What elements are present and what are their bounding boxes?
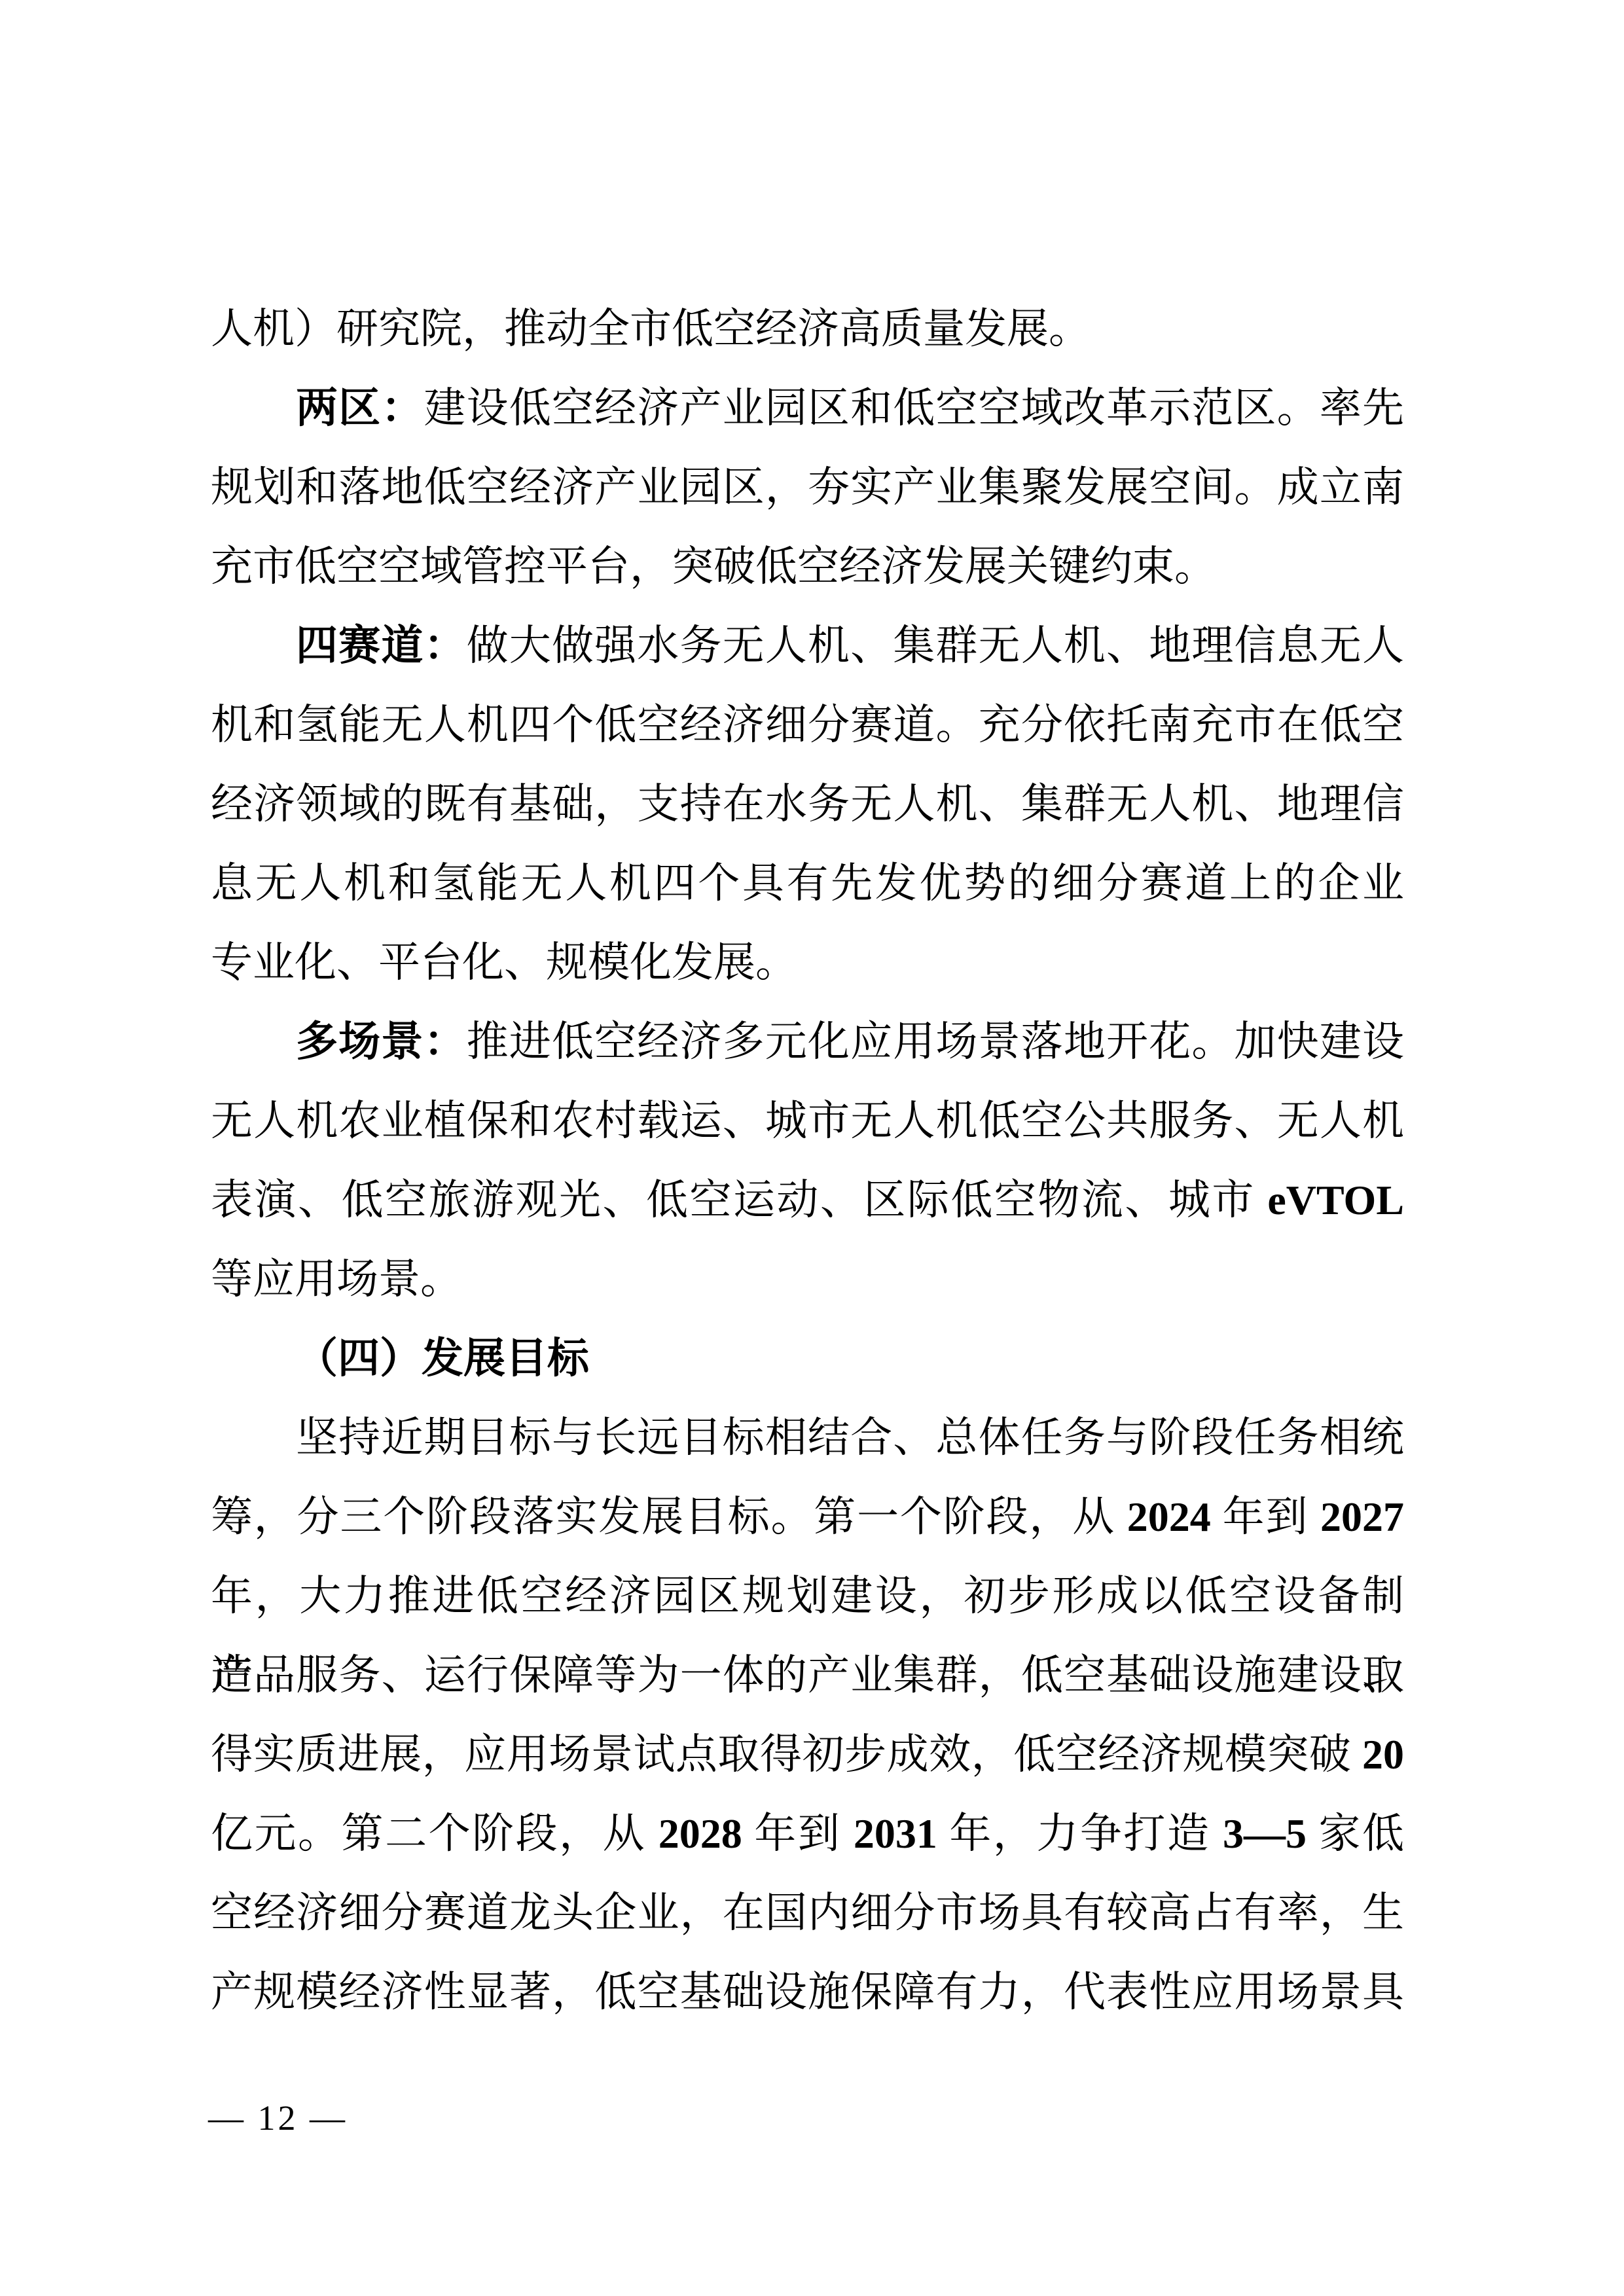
text-line: 专业化、平台化、规模化发展。: [211, 923, 1404, 1002]
text-line: 亿元。第二个阶段，从 2028 年到 2031 年，力争打造 3—5 家低: [211, 1794, 1404, 1873]
text-line: 规划和落地低空经济产业园区，夯实产业集聚发展空间。成立南: [211, 448, 1404, 527]
text-line: 四赛道：做大做强水务无人机、集群无人机、地理信息无人: [211, 606, 1404, 685]
text-line: 年，大力推进低空经济园区规划建设，初步形成以低空设备制造、: [211, 1556, 1404, 1636]
text-line: 产品服务、运行保障等为一体的产业集群，低空基础设施建设取: [211, 1636, 1404, 1715]
body-text-segment: 亿元。第二个阶段，从: [211, 1810, 659, 1857]
body-text-segment: 机和氢能无人机四个低空经济细分赛道。充分依托南充市在低空: [211, 702, 1404, 748]
body-text-segment: 等应用场景。: [211, 1256, 462, 1302]
text-line: 等应用场景。: [211, 1240, 1404, 1319]
document-page: 人机）研究院，推动全市低空经济高质量发展。两区：建设低空经济产业园区和低空空域改…: [0, 0, 1624, 2296]
body-text-segment: 筹，分三个阶段落实发展目标。第一个阶段，从: [211, 1494, 1127, 1540]
text-line: 多场景：推进低空经济多元化应用场景落地开花。加快建设: [211, 1002, 1404, 1081]
body-text-segment: 专业化、平台化、规模化发展。: [211, 939, 797, 986]
emphasis-text: （四）发展目标: [296, 1335, 589, 1382]
text-line: 息无人机和氢能无人机四个具有先发优势的细分赛道上的企业: [211, 844, 1404, 923]
body-text-segment: 年到: [1211, 1494, 1320, 1540]
text-line: 坚持近期目标与长远目标相结合、总体任务与阶段任务相统: [211, 1398, 1404, 1477]
body-text-segment: 建设低空经济产业园区和低空空域改革示范区。率先: [424, 385, 1404, 431]
emphasis-text: 2028: [659, 1810, 742, 1857]
emphasis-text: 2027: [1320, 1494, 1404, 1540]
body-text-segment: 产规模经济性显著，低空基础设施保障有力，代表性应用场景具: [211, 1969, 1404, 2015]
body-text-segment: 坚持近期目标与长远目标相结合、总体任务与阶段任务相统: [296, 1414, 1404, 1461]
body-text-segment: 充市低空空域管控平台，突破低空经济发展关键约束。: [211, 543, 1216, 590]
text-line: 无人机农业植保和农村载运、城市无人机低空公共服务、无人机: [211, 1081, 1404, 1160]
body-text-segment: 得实质进展，应用场景试点取得初步成效，低空经济规模突破: [211, 1731, 1362, 1778]
body-text-segment: 人机）研究院，推动全市低空经济高质量发展。: [211, 306, 1091, 352]
body-text-segment: 息无人机和氢能无人机四个具有先发优势的细分赛道上的企业: [211, 860, 1404, 906]
body-text-segment: 做大做强水务无人机、集群无人机、地理信息无人: [467, 622, 1404, 669]
body-text-segment: 空经济细分赛道龙头企业，在国内细分市场具有较高占有率，生: [211, 1890, 1404, 1936]
text-line: 经济领域的既有基础，支持在水务无人机、集群无人机、地理信: [211, 764, 1404, 844]
text-line: 充市低空空域管控平台，突破低空经济发展关键约束。: [211, 527, 1404, 606]
emphasis-text: 2031: [854, 1810, 937, 1857]
text-line: 得实质进展，应用场景试点取得初步成效，低空经济规模突破 20: [211, 1715, 1404, 1794]
text-line: （四）发展目标: [211, 1319, 1404, 1398]
text-line: 机和氢能无人机四个低空经济细分赛道。充分依托南充市在低空: [211, 685, 1404, 764]
body-text-segment: 产品服务、运行保障等为一体的产业集群，低空基础设施建设取: [211, 1652, 1404, 1698]
body-text-segment: 家低: [1307, 1810, 1404, 1857]
text-line: 产规模经济性显著，低空基础设施保障有力，代表性应用场景具: [211, 1952, 1404, 2032]
body-text-segment: 无人机农业植保和农村载运、城市无人机低空公共服务、无人机: [211, 1098, 1404, 1144]
emphasis-text: 20: [1362, 1731, 1404, 1778]
text-line: 人机）研究院，推动全市低空经济高质量发展。: [211, 289, 1404, 368]
body-text-segment: 年，力争打造: [937, 1810, 1223, 1857]
body-text-segment: 年到: [742, 1810, 854, 1857]
emphasis-text: eVTOL: [1267, 1177, 1404, 1223]
body-text-segment: 经济领域的既有基础，支持在水务无人机、集群无人机、地理信: [211, 781, 1404, 827]
text-line: 表演、低空旅游观光、低空运动、区际低空物流、城市 eVTOL: [211, 1160, 1404, 1240]
document-body: 人机）研究院，推动全市低空经济高质量发展。两区：建设低空经济产业园区和低空空域改…: [211, 289, 1404, 2032]
text-line: 筹，分三个阶段落实发展目标。第一个阶段，从 2024 年到 2027: [211, 1477, 1404, 1556]
body-text-segment: 推进低空经济多元化应用场景落地开花。加快建设: [467, 1018, 1404, 1065]
text-line: 空经济细分赛道龙头企业，在国内细分市场具有较高占有率，生: [211, 1873, 1404, 1952]
body-text-segment: 规划和落地低空经济产业园区，夯实产业集聚发展空间。成立南: [211, 464, 1404, 511]
body-text-segment: 表演、低空旅游观光、低空运动、区际低空物流、城市: [211, 1177, 1267, 1223]
emphasis-text: 多场景：: [296, 1018, 467, 1065]
emphasis-text: 四赛道：: [296, 622, 467, 669]
text-line: 两区：建设低空经济产业园区和低空空域改革示范区。率先: [211, 368, 1404, 448]
emphasis-text: 两区：: [296, 385, 424, 431]
emphasis-text: 2024: [1127, 1494, 1211, 1540]
page-number: — 12 —: [208, 2092, 348, 2144]
emphasis-text: 3—5: [1223, 1810, 1307, 1857]
